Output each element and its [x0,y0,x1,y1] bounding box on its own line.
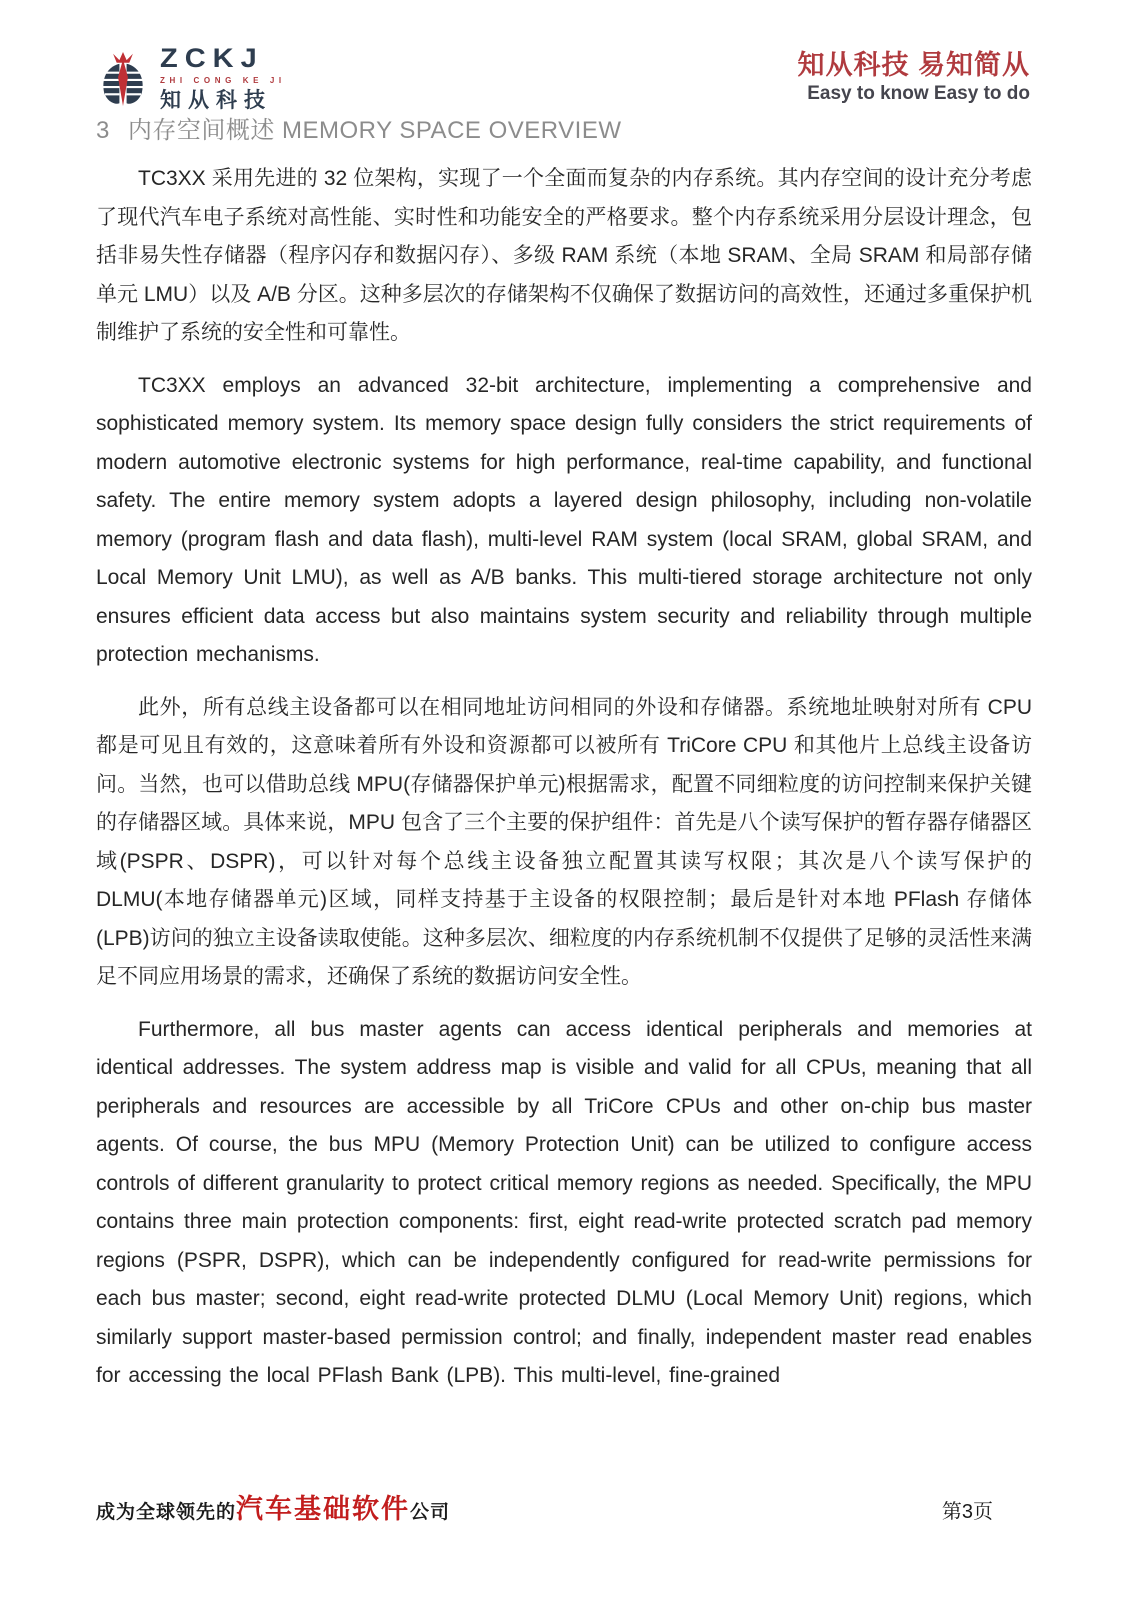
brand-pinyin: ZHI CONG KE JI [160,77,286,85]
section-heading: 3内存空间概述 MEMORY SPACE OVERVIEW [96,110,622,145]
brand-company-name: 知从科技 [160,90,286,111]
paragraph-en-2: Furthermore, all bus master agents can a… [96,1011,1032,1396]
section-number: 3 [96,117,110,144]
tagline-english: Easy to know Easy to do [797,83,1030,105]
tagline-chinese: 知从科技 易知简从 [797,50,1030,81]
paragraph-zh-1: TC3XX 采用先进的 32 位架构，实现了一个全面而复杂的内存系统。其内存空间… [96,160,1032,353]
paragraph-zh-2: 此外，所有总线主设备都可以在相同地址访问相同的外设和存储器。系统地址映射对所有 … [96,689,1032,997]
footer-slogan: 成为全球领先的汽车基础软件公司 [96,1487,450,1526]
page-footer: 成为全球领先的汽车基础软件公司 第3页 [96,1487,993,1526]
footer-slogan-suffix: 公司 [410,1502,450,1523]
footer-slogan-highlight: 汽车基础软件 [236,1494,410,1524]
brand-text: ZCKJ ZHI CONG KE JI 知从科技 [160,46,286,111]
page-number: 第3页 [942,1495,993,1524]
paragraph-en-1: TC3XX employs an advanced 32-bit archite… [96,367,1032,675]
page-header: ZCKJ ZHI CONG KE JI 知从科技 知从科技 易知简从 Easy … [96,46,1030,111]
brand-logo: ZCKJ ZHI CONG KE JI 知从科技 [96,46,286,111]
section-title: 内存空间概述 MEMORY SPACE OVERVIEW [128,117,622,144]
brand-logo-icon [96,50,150,108]
document-page: ZCKJ ZHI CONG KE JI 知从科技 知从科技 易知简从 Easy … [0,0,1123,1600]
footer-slogan-prefix: 成为全球领先的 [96,1502,236,1523]
document-body: TC3XX 采用先进的 32 位架构，实现了一个全面而复杂的内存系统。其内存空间… [96,160,1032,1410]
brand-tagline: 知从科技 易知简从 Easy to know Easy to do [797,50,1030,105]
brand-wordmark: ZCKJ [160,46,286,73]
